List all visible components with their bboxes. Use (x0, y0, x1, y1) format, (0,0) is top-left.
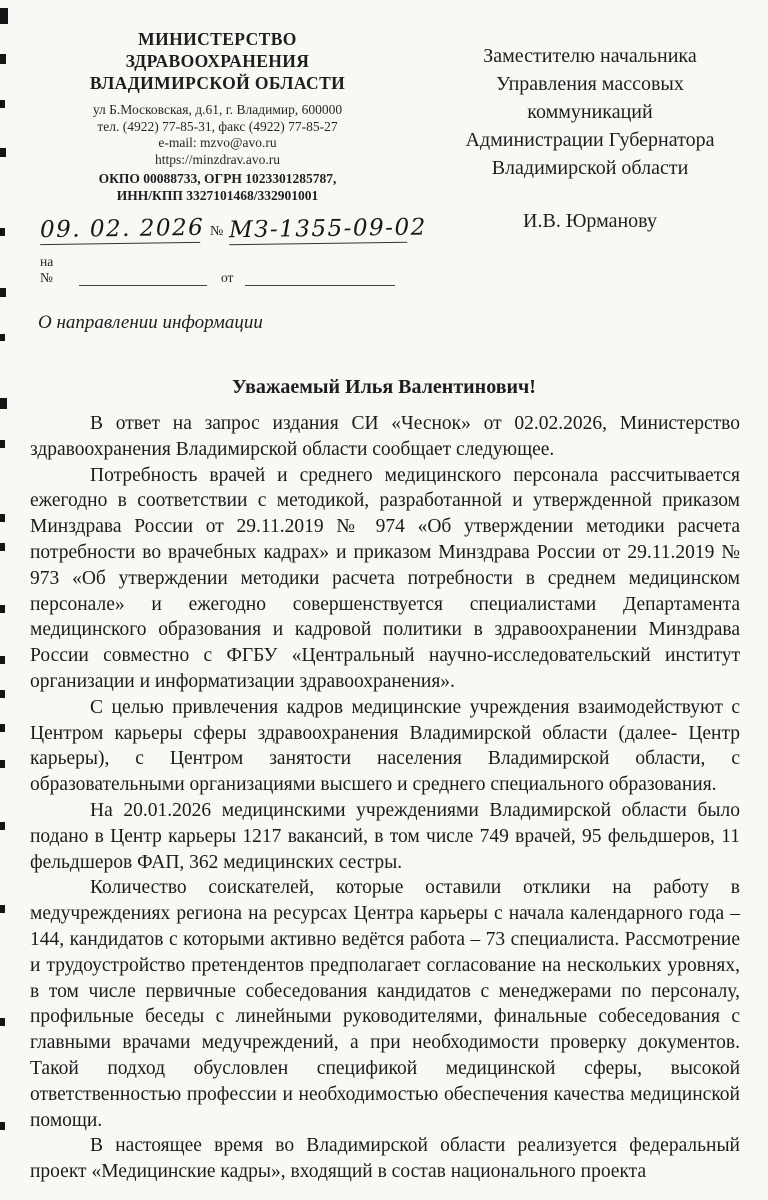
scan-artifact (0, 543, 5, 551)
ministry-name-line: ЗДРАВООХРАНЕНИЯ (40, 50, 395, 72)
scan-artifact (0, 605, 5, 613)
scan-artifact (0, 1122, 5, 1130)
ministry-email: e-mail: mzvo@avo.ru (40, 135, 395, 152)
addressee-line: Администрации Губернатора (434, 126, 746, 154)
ref-from-label: от (221, 270, 233, 286)
letterhead: МИНИСТЕРСТВО ЗДРАВООХРАНЕНИЯ ВЛАДИМИРСКО… (0, 0, 768, 286)
body-paragraph: Потребность врачей и среднего медицинско… (30, 463, 740, 695)
addressee-line: Управления массовых (434, 70, 746, 98)
letter-body: В ответ на запрос издания СИ «Чеснок» от… (30, 411, 740, 1185)
scan-artifact (0, 8, 8, 24)
reference-number-row: на № от (40, 254, 395, 286)
scan-artifact (0, 228, 5, 236)
scan-artifact (0, 54, 6, 64)
scan-artifact (0, 334, 5, 341)
scan-artifact (0, 100, 5, 108)
scanned-letter-page: МИНИСТЕРСТВО ЗДРАВООХРАНЕНИЯ ВЛАДИМИРСКО… (0, 0, 768, 1200)
addressee-line: Заместителю начальника (434, 42, 746, 70)
scan-artifact (0, 760, 5, 768)
handwritten-date: 09. 02. 2026 (40, 215, 200, 245)
addressee-block: Заместителю начальника Управления массов… (434, 28, 746, 286)
handwritten-outgoing-number: МЗ-1355-09-02 (229, 215, 407, 245)
scan-artifact (0, 288, 6, 297)
ministry-contacts: ул Б.Московская, д.61, г. Владимир, 6000… (40, 102, 395, 168)
ministry-phone: тел. (4922) 77-85-31, факс (4922) 77-85-… (40, 119, 395, 136)
ministry-name-line: ВЛАДИМИРСКОЙ ОБЛАСТИ (40, 72, 395, 94)
scan-artifact (0, 690, 5, 698)
scan-artifact (0, 1018, 5, 1026)
scan-artifact (0, 514, 5, 522)
scan-artifact (0, 440, 5, 448)
subject-line: О направлении информации (38, 312, 768, 334)
body-paragraph: На 20.01.2026 медицинскими учреждениями … (30, 798, 740, 875)
addressee-line: коммуникаций (434, 98, 746, 126)
doc-date-number-row: 09. 02. 2026 № МЗ-1355-09-02 (40, 216, 395, 244)
body-paragraph: Количество соискателей, которые оставили… (30, 875, 740, 1133)
ministry-block: МИНИСТЕРСТВО ЗДРАВООХРАНЕНИЯ ВЛАДИМИРСКО… (40, 28, 395, 286)
number-sign: № (210, 224, 223, 240)
scan-artifact (0, 148, 6, 157)
ministry-website: https://minzdrav.avo.ru (40, 152, 395, 169)
ministry-name-line: МИНИСТЕРСТВО (40, 28, 395, 50)
scan-artifact (0, 398, 7, 409)
scan-artifact (0, 724, 5, 732)
addressee-name: И.В. Юрманову (434, 210, 746, 233)
ref-number-blank (79, 271, 207, 286)
addressee-line: Владимирской области (434, 154, 746, 182)
ministry-inn-kpp: ИНН/КПП 3327101468/332901001 (40, 187, 395, 204)
scan-artifact (0, 905, 5, 913)
addressee-title: Заместителю начальника Управления массов… (434, 42, 746, 182)
salutation: Уважаемый Илья Валентинович! (0, 376, 768, 399)
body-paragraph: В ответ на запрос издания СИ «Чеснок» от… (30, 411, 740, 463)
ministry-okpo-ogrn: ОКПО 00088733, ОГРН 1023301285787, (40, 170, 395, 187)
ministry-name: МИНИСТЕРСТВО ЗДРАВООХРАНЕНИЯ ВЛАДИМИРСКО… (40, 28, 395, 94)
ref-date-blank (245, 271, 395, 286)
body-paragraph: В настоящее время во Владимирской област… (30, 1133, 740, 1185)
doc-number-block: 09. 02. 2026 № МЗ-1355-09-02 на № от (40, 216, 395, 286)
body-paragraph: С целью привлечения кадров медицинские у… (30, 695, 740, 798)
ministry-address: ул Б.Московская, д.61, г. Владимир, 6000… (40, 102, 395, 119)
scan-artifact (0, 656, 5, 664)
scan-artifact (0, 822, 5, 830)
ministry-registration: ОКПО 00088733, ОГРН 1023301285787, ИНН/К… (40, 170, 395, 204)
ref-label: на № (40, 254, 69, 286)
